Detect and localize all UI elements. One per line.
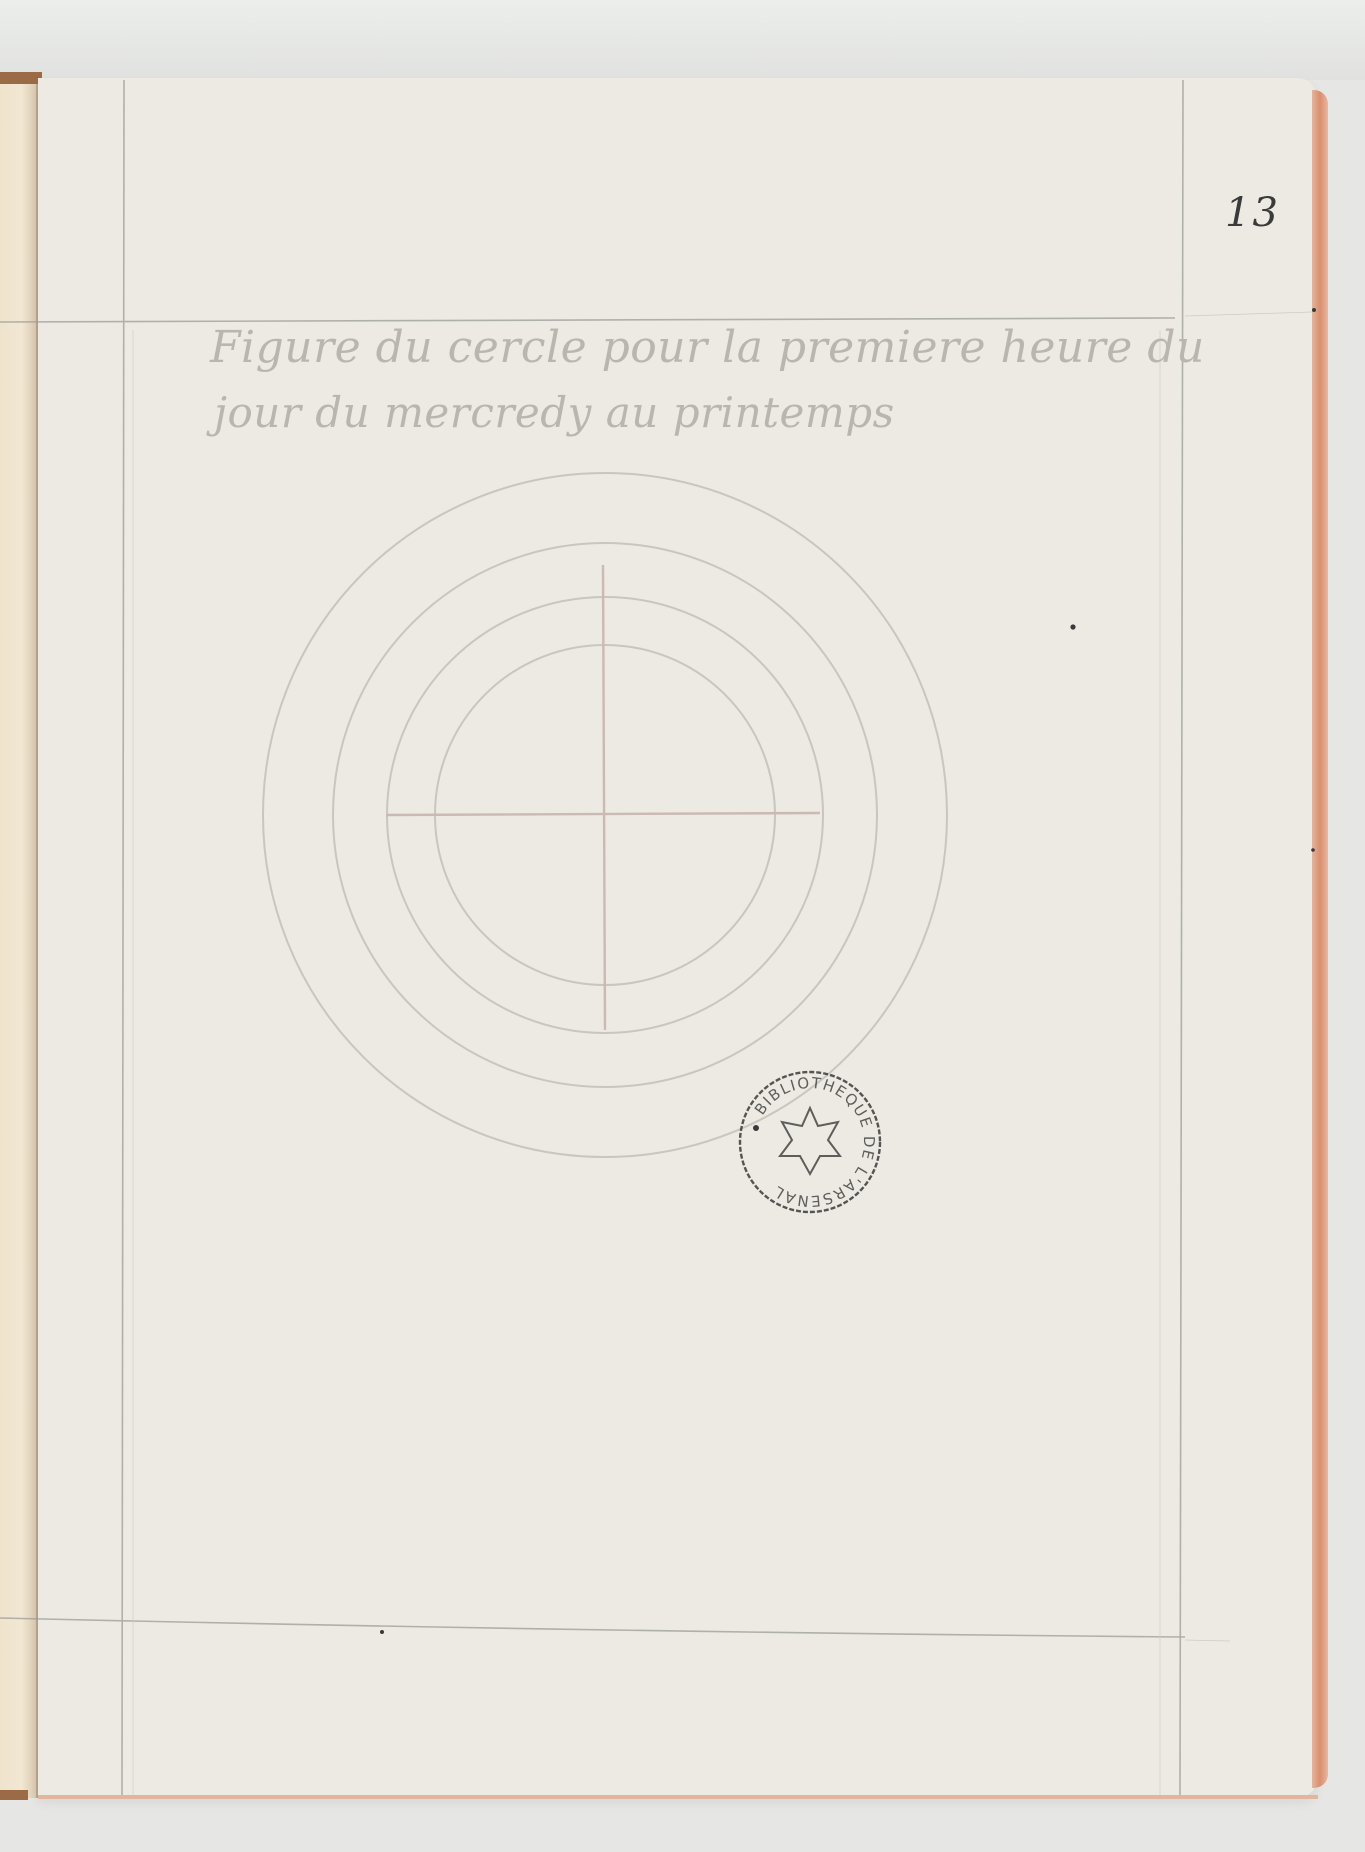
- ink-specks: [380, 308, 1316, 1634]
- star-icon: [780, 1108, 840, 1174]
- center-cross: [386, 565, 820, 1030]
- stamp-text: BIBLIOTHEQUE DE L'ARSENAL: [751, 1074, 878, 1211]
- vertical-axis: [603, 565, 605, 1030]
- folio-number: 13: [1225, 190, 1305, 250]
- left-margin-line: [122, 80, 124, 1795]
- library-stamp: BIBLIOTHEQUE DE L'ARSENAL: [736, 1068, 884, 1216]
- bottom-margin-line-ext: [1185, 1640, 1230, 1641]
- bottom-margin-line: [0, 1618, 1185, 1637]
- caption-line-2: jour du mercredy au printemps: [214, 388, 895, 437]
- page-drawing: [0, 0, 1365, 1852]
- svg-text:BIBLIOTHEQUE DE L'ARSENAL: BIBLIOTHEQUE DE L'ARSENAL: [751, 1074, 878, 1211]
- top-margin-line-ext: [1185, 312, 1312, 316]
- caption-line-1: Figure du cercle pour la premiere heure …: [210, 322, 1205, 373]
